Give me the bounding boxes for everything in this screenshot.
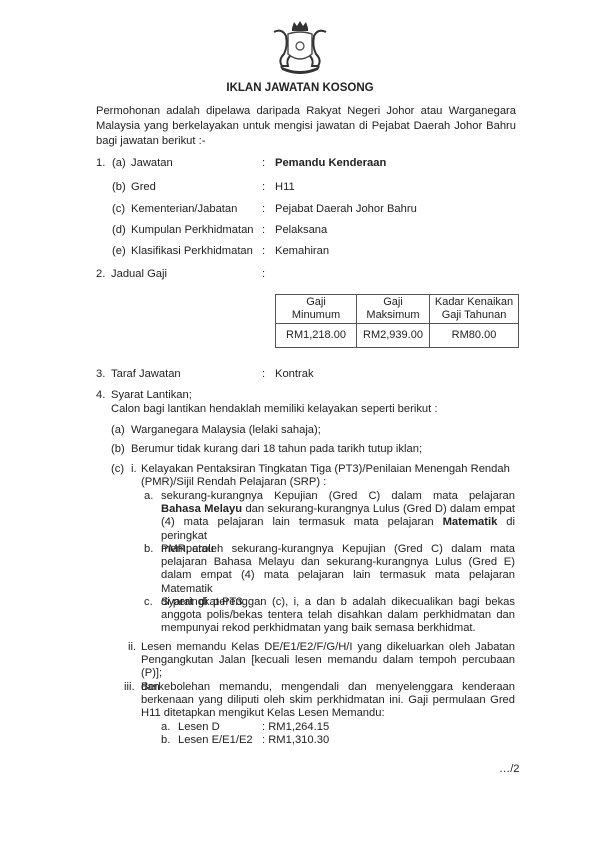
table-header-row: GajiMinumum GajiMaksimum Kadar KenaikanG… [276, 295, 519, 324]
johor-coat-of-arms-icon [268, 20, 332, 76]
condition-i-c: Syarat di perenggan (c), i, a dan b adal… [161, 596, 515, 636]
page-continuation-marker: …/2 [499, 763, 520, 775]
condition-iii: Berkebolehan memandu, mengendali dan men… [141, 681, 515, 721]
intro-paragraph: Permohonan adalah dipelawa daripada Raky… [96, 104, 516, 149]
salary-table: GajiMinumum GajiMaksimum Kadar KenaikanG… [275, 294, 519, 348]
page-title: IKLAN JAWATAN KOSONG [0, 82, 600, 94]
table-row: RM1,218.00 RM2,939.00 RM80.00 [276, 324, 519, 348]
